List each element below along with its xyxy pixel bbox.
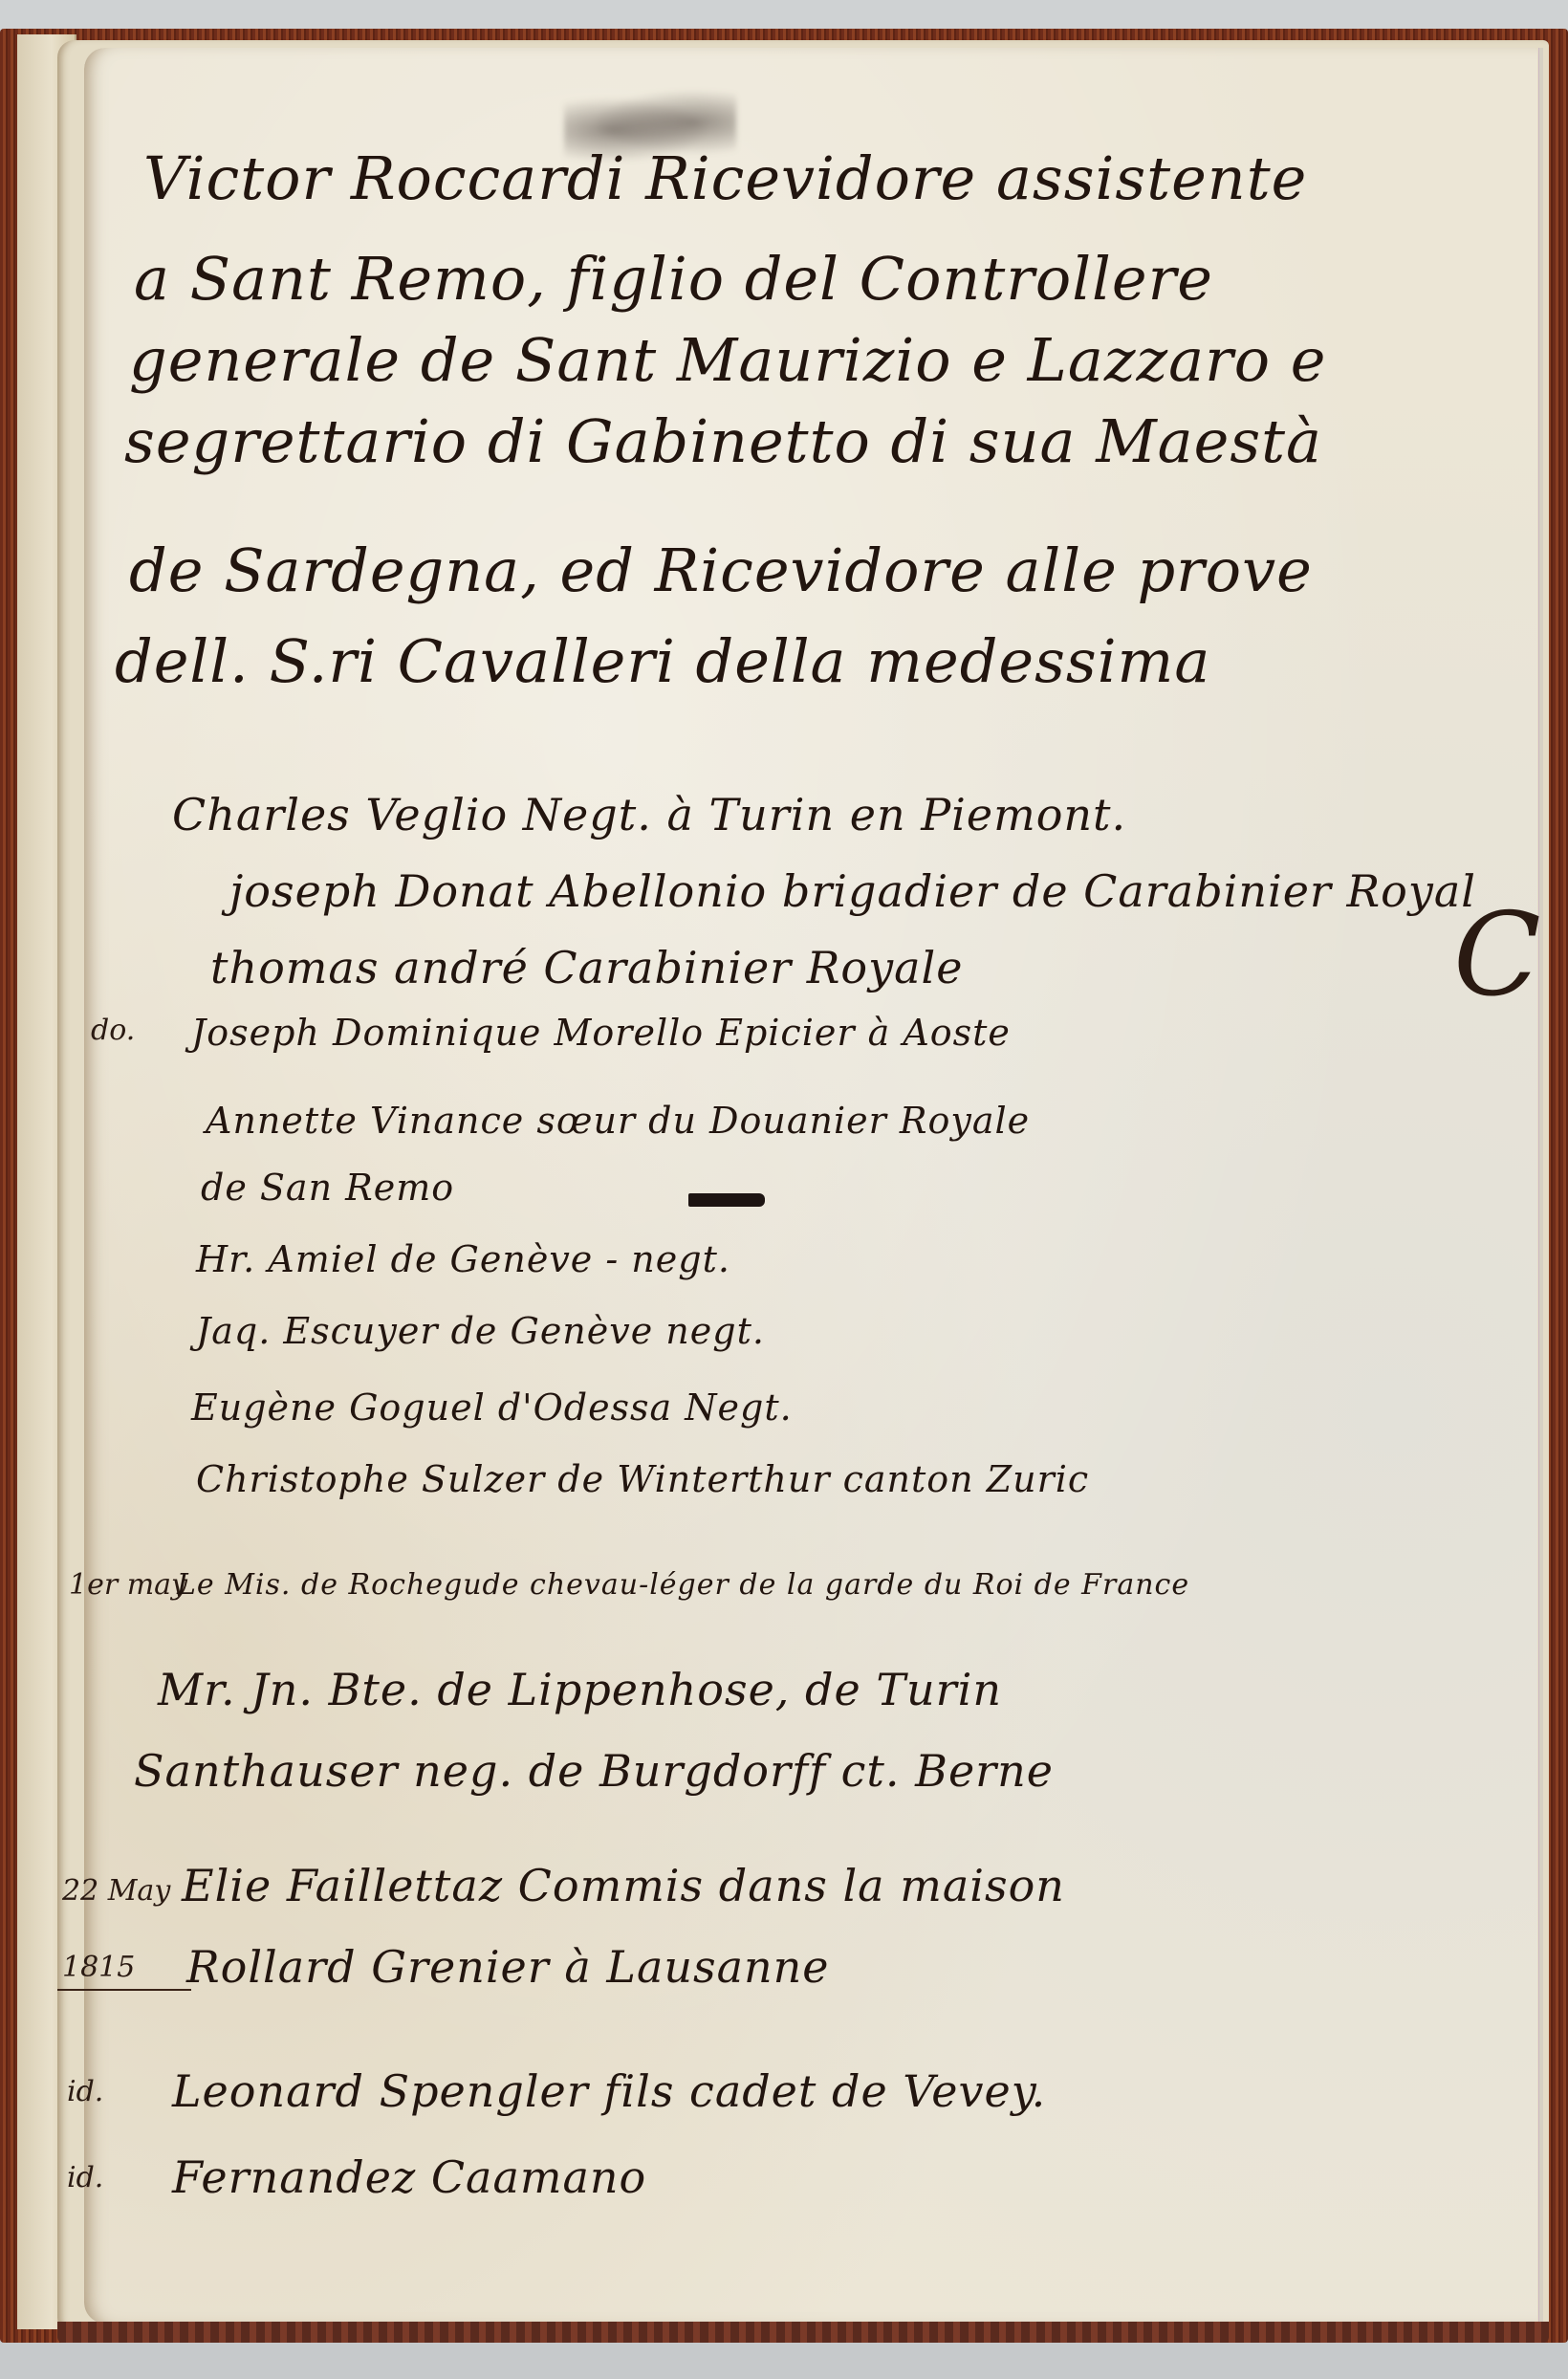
entry-line: dell. S.ri Cavalleri della medessima [115, 626, 1210, 696]
entry-line: de Sardegna, ed Ricevidore alle prove [129, 535, 1313, 605]
entry-line: Charles Veglio Negt. à Turin en Piemont. [172, 789, 1126, 840]
entry-line: Leonard Spengler fils cadet de Vevey. [172, 2065, 1046, 2117]
entry-line: Joseph Dominique Morello Epicier à Aoste [191, 1012, 1011, 1054]
margin-date-year: 1815 [62, 1951, 135, 1984]
entry-line: Rollard Grenier à Lausanne [186, 1941, 830, 1993]
entry-line: Fernandez Caamano [172, 2151, 646, 2203]
entry-line: Christophe Sulzer de Winterthur canton Z… [196, 1458, 1089, 1500]
entry-line: generale de Sant Maurizio e Lazzaro e [129, 325, 1326, 395]
entry-line: Mr. Jn. Bte. de Lippenhose, de Turin [158, 1664, 1002, 1715]
margin-ditto-mark: do. [91, 1014, 135, 1047]
ditto-mark: id. [67, 2161, 103, 2194]
entry-line: Hr. Amiel de Genève - negt. [196, 1238, 730, 1280]
ditto-mark: id. [67, 2075, 103, 2108]
entry-line: Eugène Goguel d'Odessa Negt. [191, 1386, 793, 1429]
bracket-mark: C [1453, 889, 1541, 1022]
entry-line: de San Remo [201, 1167, 454, 1209]
margin-date-day: 22 May [62, 1874, 170, 1908]
entry-line: thomas andré Carabinier Royale [210, 942, 963, 993]
entry-line: Elie Faillettaz Commis dans la maison [182, 1860, 1065, 1911]
entry-line: Annette Vinance sœur du Douanier Royale [206, 1100, 1030, 1142]
ink-bar [688, 1193, 765, 1207]
page-right-fold [1538, 48, 1543, 2324]
date-underline [57, 1989, 191, 1991]
entry-line: Santhauser neg. de Burgdorff ct. Berne [134, 1745, 1054, 1797]
entry-line: Le Mis. de Rochegude chevau-léger de la … [177, 1568, 1189, 1602]
margin-date: 1er may [69, 1568, 187, 1602]
book-bottom-edge [57, 2322, 1549, 2343]
entry-line: joseph Donat Abellonio brigadier de Cara… [229, 865, 1476, 917]
entry-line: segrettario di Gabinetto di sua Maestà [124, 406, 1322, 476]
entry-line: a Sant Remo, figlio del Controllere [134, 244, 1213, 314]
entry-line: Jaq. Escuyer de Genève negt. [196, 1310, 765, 1352]
entry-line: Victor Roccardi Ricevidore assistente [143, 143, 1307, 213]
